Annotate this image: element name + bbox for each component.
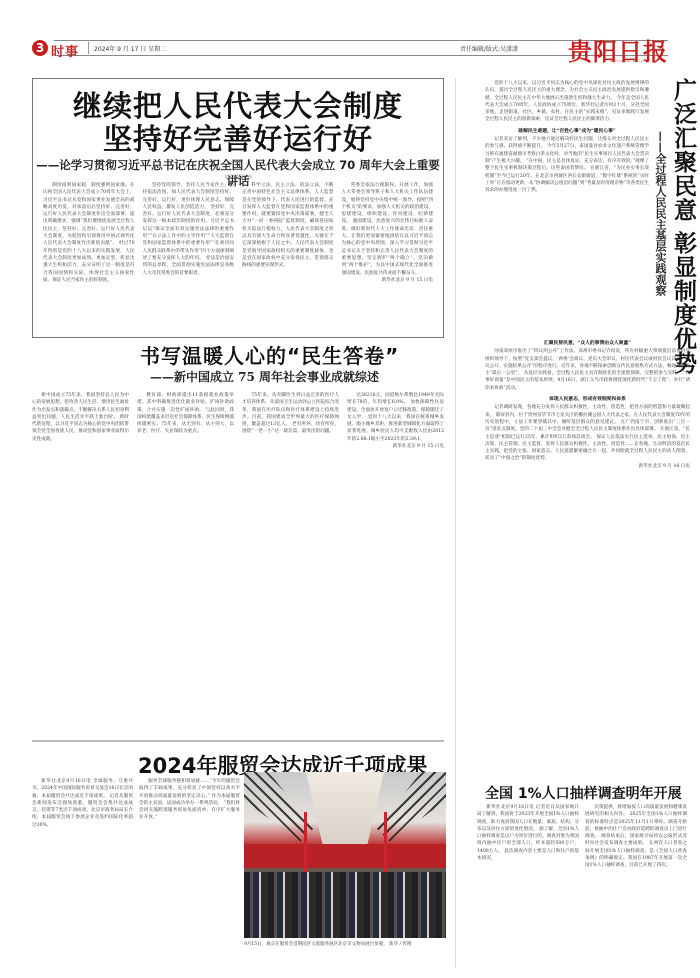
- article2-column: 教育部、财政部提出11条稳就业政策举措。其中明确推进优化就业补贴，扩岗补助政策、…: [137, 392, 234, 738]
- lead-byline: 人民日报评论员: [33, 174, 443, 180]
- feature-subhead: 体现人民意志，形成有效制度和体系: [485, 396, 690, 403]
- article4-column: 决策提供，将增加按人口高质量发展和健康发展研究的相关内容。 2025年全国1%人…: [585, 804, 687, 974]
- lead-headline-line2: 坚持好完善好运行好: [33, 117, 443, 158]
- section-name: 时事: [51, 41, 79, 60]
- lead-dateline: 新华社北京 9 月 15 日电: [342, 277, 434, 284]
- feature-subhead: 汇聚民智民意，“众人的事情由众人商量”: [485, 340, 690, 347]
- article3-column: 新华社北京9月16日电 全球服务、互惠共享。2024年中国国际服务贸易交易会16…: [32, 778, 133, 948]
- expo-crowd-photo: [244, 772, 446, 938]
- article2-column: 75年来，从赤脚医生到日益完善的医疗人才培养体系，从爱国卫生运动到公立医院综合改…: [242, 392, 339, 738]
- article2-column: 达36218元，而恩格尔系数比1949年实际增长78倍，年均增长6.0%。 加快…: [347, 392, 444, 738]
- article3-column: 服务全球服务链和贸易链……“今年的服贸会取得了丰硕成果，充分彰显了中国坚持以高水…: [139, 778, 240, 948]
- article2-headline: 书写温暖人心的“民生答卷”: [140, 340, 399, 369]
- feature-article: 广泛汇聚民意 彰显制度优势 ——全过程人民民主基层实践观察 党的十八大以来，以习…: [477, 78, 700, 633]
- issue-date: 2024年 9 月 17 日 星期二: [94, 44, 166, 53]
- page-number-badge: 3: [32, 40, 48, 56]
- column-divider: [455, 78, 456, 968]
- article2-subtitle: ——新中国成立 75 周年社会事业成就综述: [150, 368, 379, 385]
- feature-headline: 广泛汇聚民意 彰显制度优势: [671, 78, 695, 375]
- section-divider: [32, 740, 444, 742]
- article4-body: 新华社北京9月16日电 记者近日从国家统计局了解到，我国将于2025年开展全国1…: [477, 804, 687, 974]
- page-header: 3 时事 2024年 9 月 17 日 星期二 责任编辑/版式:吴潇潇 贵阳日报…: [32, 40, 668, 60]
- lead-column: 制度稳则国家稳，制度强则国家强。在庆祝全国人民代表大会成立70周年大会上，习近平…: [43, 182, 135, 331]
- article4-headline: 全国 1%人口抽样调查明年开展: [485, 783, 682, 803]
- lead-column: 科学立法、民主立法、依法立法，不断完善中国特色社会主义法律体系。人大监督是在党的…: [242, 182, 334, 331]
- article4-column: 新华社北京9月16日电 记者近日从国家统计局了解到，我国将于2025年开展全国1…: [477, 804, 579, 974]
- editor-credit: 责任编辑/版式:吴潇潇: [460, 44, 518, 53]
- feature-subhead: 破解民生难题，让“百姓心事”成为“暖民心事”: [485, 128, 649, 135]
- photo-caption: 9月15日，观众在服贸会首钢园区文旅服务展区北京市文物局展台参观。 新华 / 传…: [244, 941, 454, 947]
- header-separator: [88, 42, 89, 54]
- article2-body: 新中国成立75年来，我国坚持以人民为中心的发展思想，把改善人民生活、增进民生福祉…: [32, 392, 444, 738]
- feature-subtitle: ——全过程人民民主基层实践观察: [653, 131, 667, 296]
- article2-dateline: 新华社北京 9 月 15 日电: [347, 443, 444, 450]
- newspaper-logo-subtitle: GUIYANG DAILY: [610, 59, 646, 63]
- lead-article: 继续把人民代表大会制度 坚持好完善好运行好 ——论学习贯彻习近平总书记在庆祝全国…: [32, 78, 444, 338]
- feature-dateline: 新华社北京 9 月 16 日电: [485, 463, 690, 470]
- article2-column: 新中国成立75年来，我国坚持以人民为中心的发展思想，把改善人民生活、增进民生福祉…: [32, 392, 129, 738]
- feature-intro: 党的十八大以来，以习近平同志为核心的党中央深化对民主政治发展规律的认识，提出全过…: [485, 80, 649, 335]
- feature-body: 汇聚民智民意，“众人的事情由众人商量” 河南邓州市推出了“四议两公开”工作法。邓…: [485, 336, 690, 711]
- lead-column: 坚持党的领导，坚持人民当家作主，坚持依法治国，加人民代表大会制度坚持好、完善好、…: [143, 182, 235, 331]
- lead-column: 常委会依法行使职权，开展工作，加强人大常委会领导班子和人大机关工作队伍建设，始终…: [342, 182, 434, 331]
- article3-body: 新华社北京9月16日电 全球服务、互惠共享。2024年中国国际服务贸易交易会16…: [32, 778, 240, 948]
- lead-body: 制度稳则国家稳，制度强则国家强。在庆祝全国人民代表大会成立70周年大会上，习近平…: [43, 182, 433, 331]
